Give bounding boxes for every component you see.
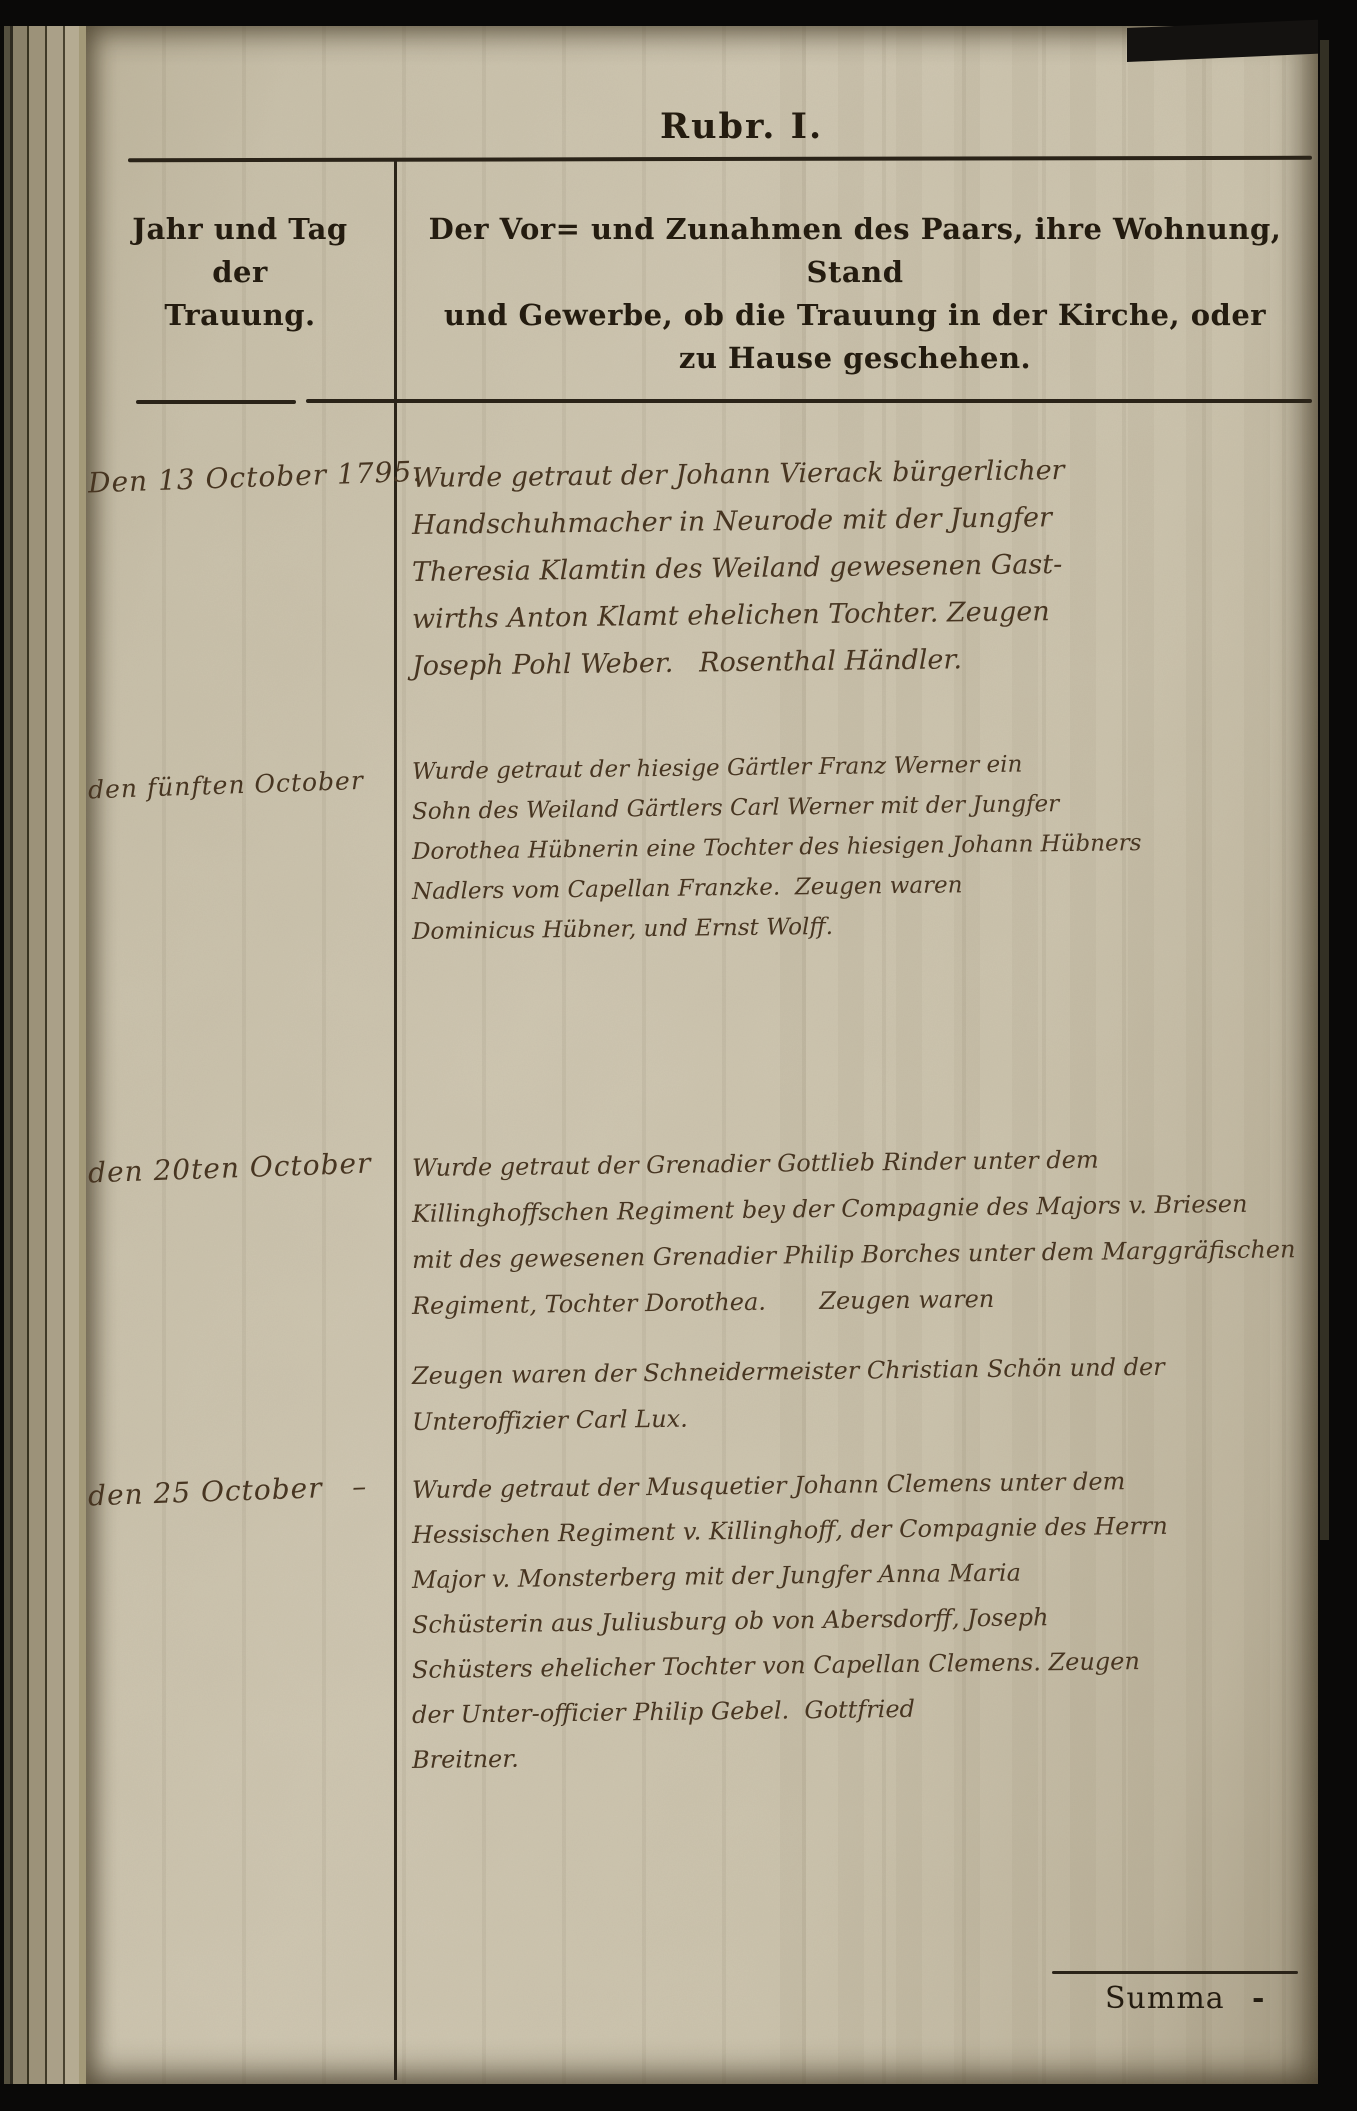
header-line: Jahr und Tag (86, 208, 394, 251)
summa-value: - (1252, 1981, 1264, 2016)
header-line: zu Hause geschehen. (397, 337, 1313, 380)
column-divider-line (394, 158, 397, 2080)
column-header-couple: Der Vor= und Zunahmen des Paars, ihre Wo… (397, 208, 1313, 380)
entry-text-line: Joseph Pohl Weber. Rosenthal Händler. (412, 632, 1328, 690)
header-rule-bottom-left (136, 400, 296, 404)
entry-body: Wurde getraut der hiesige Gärtler Franz … (412, 752, 1352, 952)
scan-border-top (0, 0, 1357, 26)
header-line: Der Vor= und Zunahmen des Paars, ihre Wo… (397, 208, 1313, 294)
column-header-date: Jahr und Tag der Trauung. (86, 208, 394, 337)
entry-body: Wurde getraut der Johann Vierack bürgerl… (412, 455, 1327, 690)
entry-text-line: Regiment, Tochter Dorothea. Zeugen waren (412, 1272, 1327, 1329)
entry-text-line: Unteroffizier Carl Lux. (412, 1388, 1327, 1445)
page-stack-edges (0, 20, 88, 2090)
header-line: der (86, 251, 394, 294)
summa-rule (1052, 1971, 1298, 1974)
header-line: und Gewerbe, ob die Trauung in der Kirch… (397, 294, 1313, 337)
rubric-title: Rubr. I. (660, 106, 823, 147)
entry-body: Wurde getraut der Grenadier Gottlieb Rin… (412, 1145, 1327, 1445)
scanned-register-page: Rubr. I. Jahr und Tag der Trauung. Der V… (0, 0, 1357, 2111)
header-line: Trauung. (86, 294, 394, 337)
header-rule-bottom-right (306, 399, 1312, 403)
scan-border-bottom (0, 2084, 1357, 2111)
summa-label: Summa (1105, 1981, 1225, 2016)
entry-body: Wurde getraut der Musquetier Johann Clem… (412, 1468, 1327, 1783)
